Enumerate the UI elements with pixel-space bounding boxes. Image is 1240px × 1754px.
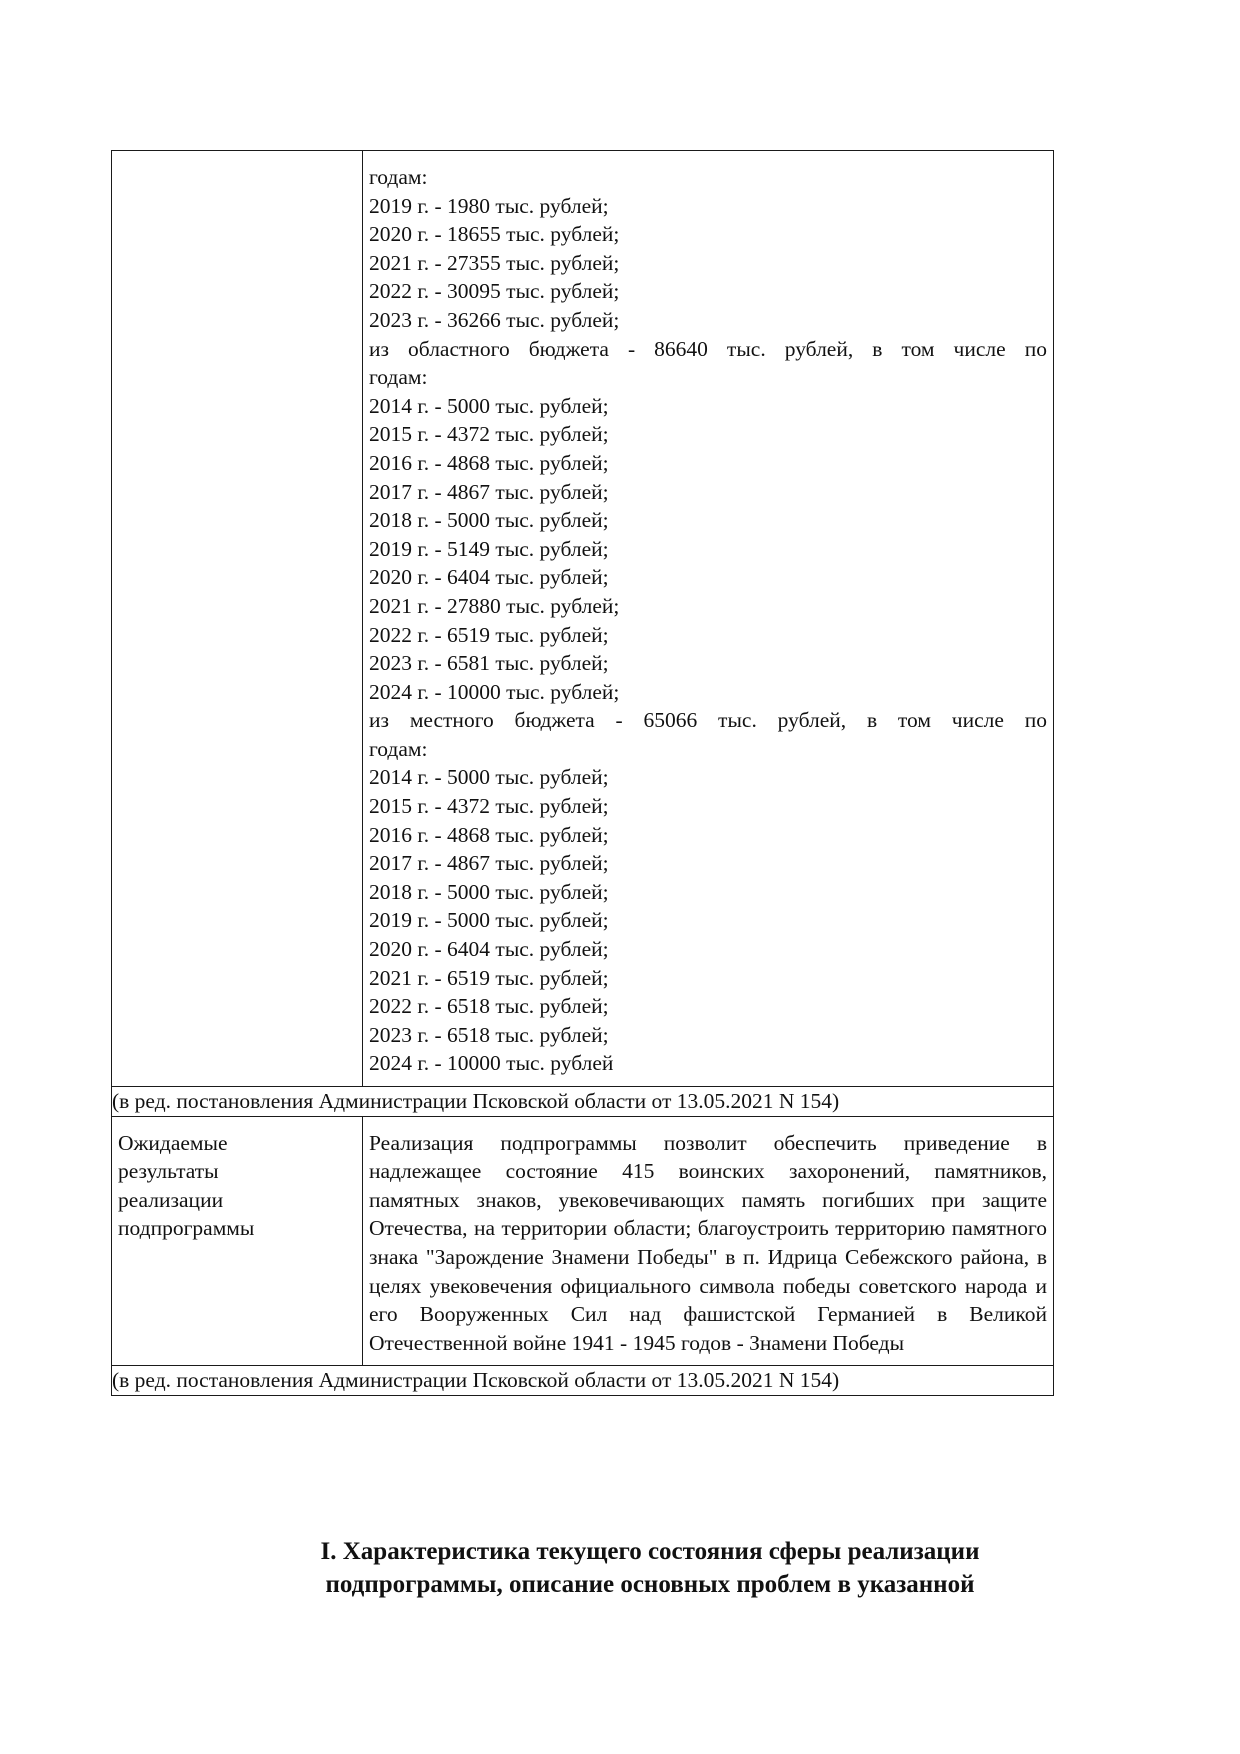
funding-year-line: 2021 г. - 27355 тыс. рублей; xyxy=(369,249,1047,278)
years-label: годам: xyxy=(369,735,1047,764)
funding-year-line: 2020 г. - 6404 тыс. рублей; xyxy=(369,563,1047,592)
funding-year-line: 2022 г. - 30095 тыс. рублей; xyxy=(369,277,1047,306)
funding-year-line: 2020 г. - 6404 тыс. рублей; xyxy=(369,935,1047,964)
funding-label-cell xyxy=(112,151,363,1087)
funding-year-line: 2018 г. - 5000 тыс. рублей; xyxy=(369,506,1047,535)
funding-year-line: 2024 г. - 10000 тыс. рублей xyxy=(369,1049,1047,1078)
section-heading-line: I. Характеристика текущего состояния сфе… xyxy=(240,1535,1060,1568)
results-label: Ожидаемыерезультатыреализацииподпрограмм… xyxy=(112,1117,362,1249)
funding-year-line: 2017 г. - 4867 тыс. рублей; xyxy=(369,478,1047,507)
funding-note-row: (в ред. постановления Администрации Пско… xyxy=(112,1087,1054,1117)
results-label-line: подпрограммы xyxy=(118,1214,356,1243)
funding-year-line: 2022 г. - 6518 тыс. рублей; xyxy=(369,992,1047,1021)
section-heading-line: подпрограммы, описание основных проблем … xyxy=(240,1568,1060,1601)
funding-year-line: 2019 г. - 5000 тыс. рублей; xyxy=(369,906,1047,935)
funding-year-line: 2023 г. - 6581 тыс. рублей; xyxy=(369,649,1047,678)
results-value-cell: Реализация подпрограммы позволит обеспеч… xyxy=(363,1116,1054,1366)
local-budget-intro: из местного бюджета - 65066 тыс. рублей,… xyxy=(369,706,1047,735)
local-funding-list: 2014 г. - 5000 тыс. рублей;2015 г. - 437… xyxy=(369,763,1047,1078)
amendment-note: (в ред. постановления Администрации Пско… xyxy=(112,1366,1054,1396)
funding-value-cell: годам: 2019 г. - 1980 тыс. рублей;2020 г… xyxy=(363,151,1054,1087)
funding-year-line: 2018 г. - 5000 тыс. рублей; xyxy=(369,878,1047,907)
funding-row: годам: 2019 г. - 1980 тыс. рублей;2020 г… xyxy=(112,151,1054,1087)
section-heading: I. Характеристика текущего состояния сфе… xyxy=(240,1535,1060,1601)
funding-year-line: 2016 г. - 4868 тыс. рублей; xyxy=(369,821,1047,850)
years-label: годам: xyxy=(369,163,1047,192)
subprogram-passport-table: годам: 2019 г. - 1980 тыс. рублей;2020 г… xyxy=(111,150,1054,1396)
funding-year-line: 2023 г. - 6518 тыс. рублей; xyxy=(369,1021,1047,1050)
amendment-note: (в ред. постановления Администрации Пско… xyxy=(112,1087,1054,1117)
results-note-row: (в ред. постановления Администрации Пско… xyxy=(112,1366,1054,1396)
funding-year-line: 2023 г. - 36266 тыс. рублей; xyxy=(369,306,1047,335)
funding-year-line: 2020 г. - 18655 тыс. рублей; xyxy=(369,220,1047,249)
results-label-line: реализации xyxy=(118,1186,356,1215)
funding-year-line: 2021 г. - 27880 тыс. рублей; xyxy=(369,592,1047,621)
document-page: годам: 2019 г. - 1980 тыс. рублей;2020 г… xyxy=(0,0,1240,1754)
regional-funding-list: 2014 г. - 5000 тыс. рублей;2015 г. - 437… xyxy=(369,392,1047,707)
funding-year-line: 2019 г. - 1980 тыс. рублей; xyxy=(369,192,1047,221)
funding-year-line: 2019 г. - 5149 тыс. рублей; xyxy=(369,535,1047,564)
regional-budget-intro: из областного бюджета - 86640 тыс. рубле… xyxy=(369,335,1047,364)
funding-year-line: 2014 г. - 5000 тыс. рублей; xyxy=(369,392,1047,421)
federal-funding-list: 2019 г. - 1980 тыс. рублей;2020 г. - 186… xyxy=(369,192,1047,335)
funding-year-line: 2015 г. - 4372 тыс. рублей; xyxy=(369,420,1047,449)
funding-year-line: 2021 г. - 6519 тыс. рублей; xyxy=(369,964,1047,993)
funding-year-line: 2017 г. - 4867 тыс. рублей; xyxy=(369,849,1047,878)
results-label-cell: Ожидаемыерезультатыреализацииподпрограмм… xyxy=(112,1116,363,1366)
results-row: Ожидаемыерезультатыреализацииподпрограмм… xyxy=(112,1116,1054,1366)
years-label: годам: xyxy=(369,363,1047,392)
funding-year-line: 2014 г. - 5000 тыс. рублей; xyxy=(369,763,1047,792)
results-label-line: результаты xyxy=(118,1157,356,1186)
results-label-line: Ожидаемые xyxy=(118,1129,356,1158)
funding-year-line: 2024 г. - 10000 тыс. рублей; xyxy=(369,678,1047,707)
funding-year-line: 2015 г. - 4372 тыс. рублей; xyxy=(369,792,1047,821)
funding-year-line: 2016 г. - 4868 тыс. рублей; xyxy=(369,449,1047,478)
funding-year-line: 2022 г. - 6519 тыс. рублей; xyxy=(369,621,1047,650)
expected-results-text: Реализация подпрограммы позволит обеспеч… xyxy=(369,1129,1047,1358)
